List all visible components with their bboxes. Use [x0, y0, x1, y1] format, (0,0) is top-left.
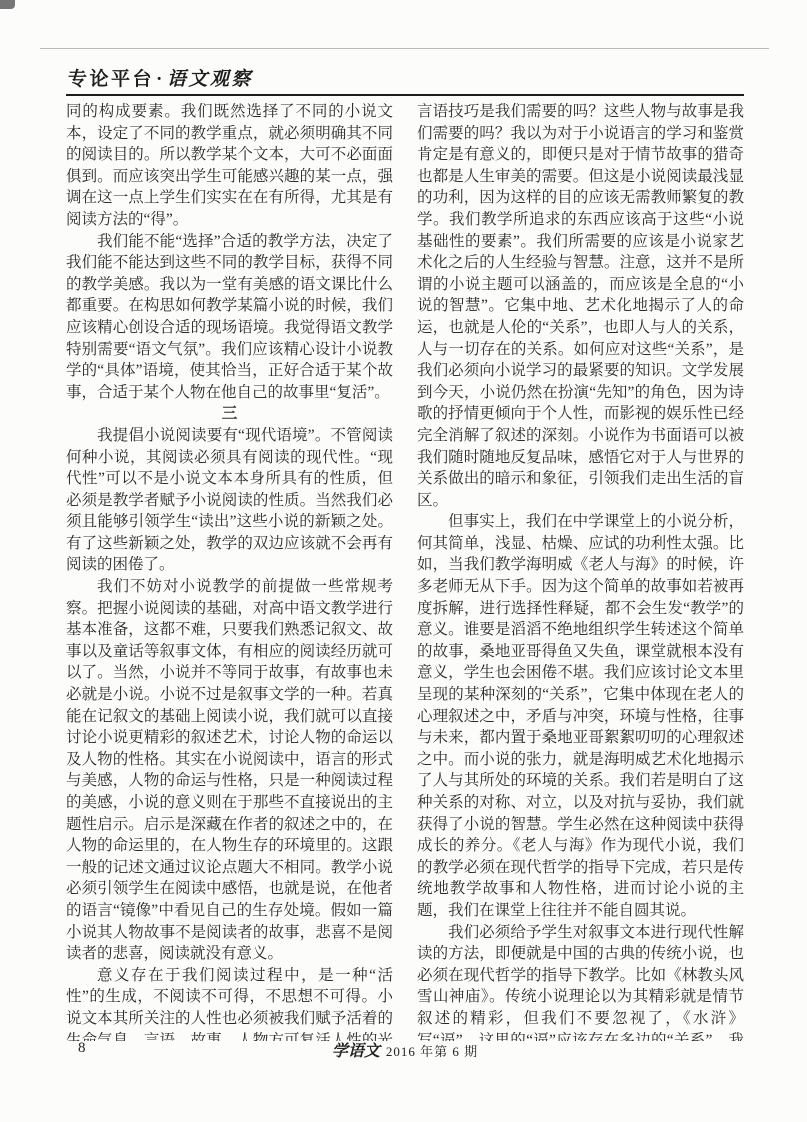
paragraph: 我们能不能“选择”合适的教学方法，决定了我们能不能达到这些不同的教学目标，获得不…	[66, 231, 393, 404]
right-column: 言语技巧是我们需要的吗？这些人物与故事是我们需要的吗？我以为对于小说语言的学习和…	[417, 101, 744, 1041]
column-label: 语文观察	[167, 68, 253, 90]
paragraph-continuation: 同的构成要素。我们既然选择了不同的小说文本，设定了不同的教学重点，就必须明确其不…	[66, 101, 393, 231]
journal-footer: 学语文2016 年第 6 期	[66, 1038, 744, 1061]
top-faint-rule	[40, 48, 769, 49]
paragraph-continuation: 言语技巧是我们需要的吗？这些人物与故事是我们需要的吗？我以为对于小说语言的学习和…	[417, 101, 744, 511]
paragraph: 我提倡小说阅读要有“现代语境”。不管阅读何种小说，其阅读必须具有阅读的现代性。“…	[66, 425, 393, 576]
journal-issue: 2016 年第 6 期	[386, 1044, 478, 1059]
scan-artifact	[0, 0, 15, 9]
left-column: 同的构成要素。我们既然选择了不同的小说文本，设定了不同的教学重点，就必须明确其不…	[66, 101, 393, 1041]
paragraph: 我们必须给予学生对叙事文本进行现代性解读的方法，即便就是中国的古典的传统小说，也…	[417, 922, 744, 1041]
paragraph: 我们不妨对小说教学的前提做一些常规考察。把握小说阅读的基础，对高中语文教学进行基…	[66, 576, 393, 965]
header-rule	[66, 94, 744, 96]
journal-name: 学语文	[332, 1041, 380, 1060]
page-header: 专论平台·语文观察	[68, 64, 748, 91]
section-label: 专论平台	[68, 69, 154, 90]
paragraph: 但事实上，我们在中学课堂上的小说分析，何其简单，浅显、枯燥、应试的功利性太强。比…	[417, 511, 744, 921]
section-heading-three: 三	[66, 403, 393, 425]
paragraph: 意义存在于我们阅读过程中，是一种“活性”的生成，不阅读不可得，不思想不可得。小说…	[66, 965, 393, 1041]
journal-page: 专论平台·语文观察 同的构成要素。我们既然选择了不同的小说文本，设定了不同的教学…	[0, 0, 807, 1122]
header-separator: ·	[156, 69, 165, 90]
